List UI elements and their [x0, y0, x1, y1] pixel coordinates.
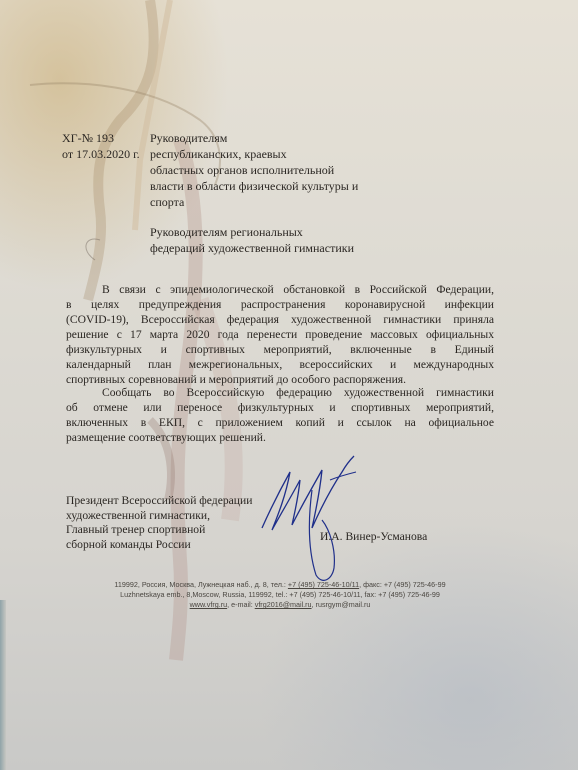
addressee-block: Руководителям республиканских, краевых о… — [150, 130, 358, 256]
body-paragraph-1: В связи с эпидемиологической обстановкой… — [66, 282, 494, 387]
letterhead-footer: 119992, Россия, Москва, Лужнецкая наб., … — [100, 580, 460, 610]
signatory-title-line: художественной гимнастики, — [66, 509, 252, 524]
footer-contacts: www.vfrg.ru, e-mail: vfrg2016@mail.ru, r… — [100, 600, 460, 610]
footer-text: , e-mail: — [227, 600, 255, 609]
handwritten-signature — [250, 450, 360, 590]
signatory-title: Президент Всероссийской федерации художе… — [66, 494, 252, 552]
addressee-line: Руководителям — [150, 130, 358, 146]
paragraph-line: Сообщать во Всероссийскую федерацию худо… — [66, 385, 494, 400]
reference-block: ХГ-№ 193 от 17.03.2020 г. — [62, 130, 140, 162]
footer-text: 119992, Россия, Москва, Лужнецкая наб., … — [114, 580, 288, 589]
website-link[interactable]: www.vfrg.ru — [190, 600, 228, 609]
footer-text: , rusrgym@mail.ru — [312, 600, 371, 609]
addressee-line: федераций художественной гимнастики — [150, 240, 358, 256]
paragraph-line: календарный план межрегиональных, всерос… — [66, 357, 494, 372]
addressee-line: Руководителям региональных — [150, 224, 358, 240]
ref-date: от 17.03.2020 г. — [62, 146, 140, 162]
footer-address-en: Luzhnetskaya emb., 8,Moscow, Russia, 119… — [100, 590, 460, 600]
addressee-line: власти в области физической культуры и — [150, 178, 358, 194]
paragraph-line: в целях предупреждения распространения к… — [66, 297, 494, 312]
email-link[interactable]: vfrg2016@mail.ru — [255, 600, 312, 609]
footer-address-ru: 119992, Россия, Москва, Лужнецкая наб., … — [100, 580, 460, 590]
paragraph-line: решение с 17 марта 2020 года перенести п… — [66, 327, 494, 342]
addressee-line: спорта — [150, 194, 358, 210]
signatory-title-line: сборной команды России — [66, 538, 252, 553]
paragraph-line: размещение соответствующих решений. — [66, 430, 494, 445]
signatory-title-line: Главный тренер спортивной — [66, 523, 252, 538]
addressee-line: республиканских, краевых — [150, 146, 358, 162]
paragraph-line: об отмене или переносе физкультурных и с… — [66, 400, 494, 415]
paragraph-line: В связи с эпидемиологической обстановкой… — [66, 282, 494, 297]
phone-link[interactable]: +7 (495) 725-46-10/11 — [288, 580, 359, 589]
paragraph-line: включенных в ЕКП, с приложением копий и … — [66, 415, 494, 430]
signatory-name: И.А. Винер-Усманова — [320, 529, 427, 544]
paragraph-line: физкультурных и спортивных мероприятий, … — [66, 342, 494, 357]
photo-edge — [0, 600, 6, 770]
footer-text: , факс: +7 (495) 725-46-99 — [359, 580, 445, 589]
ref-number: ХГ-№ 193 — [62, 130, 140, 146]
addressee-line: областных органов исполнительной — [150, 162, 358, 178]
signatory-title-line: Президент Всероссийской федерации — [66, 494, 252, 509]
paragraph-line: (COVID-19), Всероссийская федерация худо… — [66, 312, 494, 327]
body-paragraph-2: Сообщать во Всероссийскую федерацию худо… — [66, 385, 494, 445]
